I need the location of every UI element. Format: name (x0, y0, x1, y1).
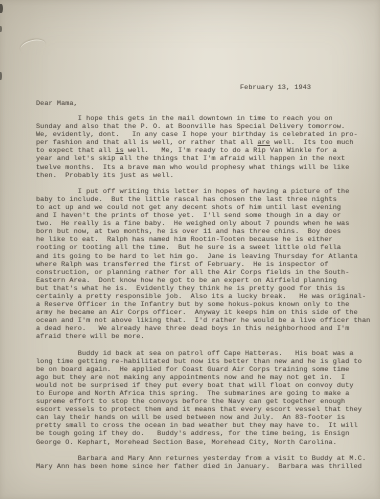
date-line: February 13, 1943 (240, 84, 311, 92)
letter-line: two. He really is a fine baby. He weighe… (36, 220, 370, 228)
paper-tear-mark (0, 4, 3, 13)
letter-line: afraid there will be more. (36, 333, 370, 341)
letter-line: be on board again. He applied for Coast … (36, 366, 370, 374)
paper-tear-mark (0, 72, 2, 80)
letter-line: certainly a pretty responsible job. Also… (36, 293, 370, 301)
letter-line: ago but they are not making any appointm… (36, 374, 370, 382)
letter-line: to Europe and North Africa this spring. … (36, 390, 370, 398)
letter-line: twelve months. Its a brave man who would… (36, 164, 370, 172)
letter-line: and its going to be hard to let him go. … (36, 253, 370, 261)
letter-line: I hope this gets in the mail downtown in… (36, 115, 370, 123)
paper-tear-mark (0, 26, 2, 32)
letter-line: baby to include. But the little rascal h… (36, 196, 370, 204)
letter-line: I put off writing this letter in hopes o… (36, 188, 370, 196)
letter-paragraph: Buddy id back at sea on patrol off Cape … (36, 350, 370, 447)
letter-line: to act up and we could not get any decen… (36, 204, 370, 212)
paper-crease (19, 37, 48, 57)
letter-line: where Ralph was transferred the first of… (36, 261, 370, 269)
letter-paragraph: I put off writing this letter in hopes o… (36, 188, 370, 342)
letter-page: February 13, 1943 Dear Mama, I hope this… (0, 0, 380, 499)
letter-line: a Reserve Officer in the Infantry but by… (36, 301, 370, 309)
letter-line: construction, or planning rather for all… (36, 269, 370, 277)
letter-paragraph: Barbara and Mary Ann returnes yesterday … (36, 455, 370, 471)
letter-line: George O. Kephart, Morehead Section Base… (36, 439, 370, 447)
letter-line: long time getting re-habilitated but now… (36, 358, 370, 366)
letter-line: Buddy id back at sea on patrol off Cape … (36, 350, 370, 358)
letter-line: rooting or tooting all the time. But he … (36, 244, 370, 252)
letter-line: would not be surprised if they put every… (36, 382, 370, 390)
letter-line: be tough going if they do. Buddy's addre… (36, 430, 370, 438)
letter-paragraph: I hope this gets in the mail downtown in… (36, 115, 370, 180)
salutation: Dear Mama, (36, 100, 78, 108)
letter-body: I hope this gets in the mail downtown in… (36, 115, 370, 479)
letter-line: but that's what he is. Evidently they th… (36, 285, 370, 293)
letter-line: then. Probably its just as well. (36, 172, 370, 180)
letter-line: Barbara and Mary Ann returnes yesterday … (36, 455, 370, 463)
letter-line: year and let's skip all the things that … (36, 155, 370, 163)
letter-line: Sunday and also that the P. O. at Boonvi… (36, 123, 370, 131)
letter-line: Eastern Area. Dont know how he got to be… (36, 277, 370, 285)
letter-line: Mary Ann has been home since her father … (36, 463, 370, 471)
letter-line: and I haven't the prints of those yet. I… (36, 212, 370, 220)
letter-line: supreme effort to stop the convoys befor… (36, 398, 370, 406)
